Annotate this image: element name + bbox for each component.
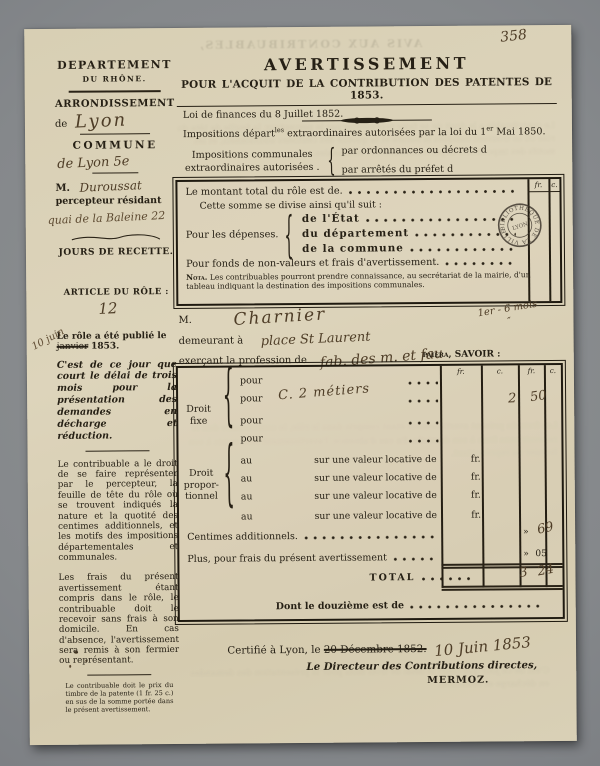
communal-options: par ordonnances ou décrets d par arrêtés… xyxy=(341,145,487,178)
droit-fixe-word1: Droit xyxy=(186,404,211,417)
dot-leader xyxy=(406,378,438,387)
publie-struck-month: janvier xyxy=(57,341,89,351)
douzieme-label: Dont le douzième est de xyxy=(276,600,404,612)
column-line xyxy=(518,365,521,587)
depenses-label: Pour les dépenses. xyxy=(186,229,282,241)
total-row: TOTAL xyxy=(369,572,479,584)
droit-proportionnel-label: Droit propor- tionnel xyxy=(184,468,219,503)
m-label: M. xyxy=(178,315,192,326)
certification-block: Certifié à Lyon, le 20 Décembre 1852. 10… xyxy=(199,637,559,688)
dot-leader xyxy=(391,554,436,563)
centimes-label: Centimes additionnels. xyxy=(187,531,298,543)
fr-suffix: fr. xyxy=(471,510,481,521)
publication-line: 10 juin Le rôle a été publié le janvier … xyxy=(57,330,177,351)
taxpayer-name-handwritten: Charnier xyxy=(233,304,327,330)
depenses-block: Pour les dépenses. { de l'État du départ… xyxy=(186,211,520,256)
publie-year: 1853. xyxy=(91,341,119,351)
fr-suffix: fr. xyxy=(471,490,481,501)
centimes-row: Centimes additionnels. xyxy=(187,530,439,543)
dot-leader xyxy=(347,186,516,196)
communal-impositions-row: Impositions communales extraordinaires a… xyxy=(183,144,559,179)
delai-paragraph: C'est de ce jour que court le délai de t… xyxy=(57,358,178,442)
depense-item: de l'État xyxy=(302,211,520,225)
arr-de: de xyxy=(55,118,67,129)
dot-leader xyxy=(419,574,475,583)
dot-leader xyxy=(406,436,438,445)
article-du-role-value: 12 xyxy=(98,299,118,318)
departement-title: DEPARTEMENT xyxy=(54,58,174,72)
certification-line: Certifié à Lyon, le 20 Décembre 1852. 10… xyxy=(199,637,559,658)
rule xyxy=(87,674,151,676)
stamp-center-text: LYON xyxy=(512,221,529,232)
droit-prop-brace: { xyxy=(223,428,235,514)
left-sidebar: DEPARTEMENT DU RHÔNE. ARRONDISSEMENT de … xyxy=(54,58,179,723)
dot-leader xyxy=(443,258,516,268)
col-header-c: c. xyxy=(545,366,561,375)
pour-row: pour xyxy=(240,393,263,404)
dot-leader xyxy=(302,532,435,542)
law-line-2-part: Impositions départ xyxy=(183,128,275,140)
total-value-c-handwritten: 24 xyxy=(536,562,555,580)
droit-fixe-label: Droit fixe xyxy=(186,404,211,429)
arrondissement-title: ARRONDISSEMENT xyxy=(55,97,175,109)
droit-fixe-word2: fixe xyxy=(186,416,211,429)
droit-prop-word1: Droit xyxy=(184,468,219,480)
au-row: au sur une valeur locative de fr. xyxy=(241,510,481,523)
droit-prop-word3: tionnel xyxy=(184,491,219,503)
rule xyxy=(86,450,150,452)
communal-option-2: par arrêtés du préfet d xyxy=(342,164,488,178)
opening-brace: { xyxy=(327,144,336,180)
depense-item: du département xyxy=(302,226,520,240)
centimes-value-handwritten: 69 xyxy=(536,519,555,537)
summary-box: fr. c. BIBLIOTHÈQUE DE LA VILLE LYON Le … xyxy=(175,177,562,306)
demeurant-label: demeurant à xyxy=(179,335,244,347)
divise-row: Cette somme se divise ainsi qu'il suit : xyxy=(200,198,520,212)
representation-paragraph: Le contribuable a le droit de se faire r… xyxy=(58,459,179,564)
montant-row: Le montant total du rôle est de. xyxy=(185,184,519,198)
fonds-label: Pour fonds de non-valeurs et frais d'ave… xyxy=(186,257,439,270)
communal-label-line2: extraordinaires autorisées . xyxy=(183,162,321,176)
frais-value: 05 xyxy=(535,549,547,559)
pour-row: pour xyxy=(240,433,263,444)
law-line-2-sup: les xyxy=(275,126,284,134)
commune-value-handwritten: de Lyon 5e xyxy=(57,154,130,172)
law-line-2-part: extraordinaires autorisées par la loi du… xyxy=(284,127,486,140)
pour-row: pour xyxy=(240,415,263,426)
frais-label: Plus, pour frais du présent avertissemen… xyxy=(187,552,387,565)
percepteur-title: percepteur résidant xyxy=(56,194,176,206)
publie-text: Le rôle a été publié le xyxy=(57,331,167,342)
column-line xyxy=(481,366,484,588)
au-label: au xyxy=(241,473,253,484)
frais-paragraph: Les frais du présent avertissement étant… xyxy=(58,572,179,666)
ghost-verso-title: AVIS AUX CONTRIBUABLES, xyxy=(192,37,422,52)
au-label: au xyxy=(241,491,253,502)
taxpayer-address-line: demeurant à place St Laurent xyxy=(179,330,559,348)
article-du-role-label: ARTICLE DU RÔLE : xyxy=(56,286,176,297)
locative-label: sur une valeur locative de xyxy=(314,472,437,484)
page-title: AVERTISSEMENT xyxy=(176,53,556,75)
au-row: au sur une valeur locative de fr. xyxy=(241,490,481,503)
au-label: au xyxy=(241,455,253,466)
pour-row: pour xyxy=(240,375,263,386)
law-line-2: Impositions départles extraordinaires au… xyxy=(183,124,559,140)
director-line: Le Directeur des Contributions directes, xyxy=(199,659,559,674)
droit-fixe-brace: { xyxy=(222,353,234,435)
opening-brace: { xyxy=(284,205,294,264)
nota-text: Nota. Les contribuables pourront prendre… xyxy=(178,267,560,291)
dot-leader xyxy=(406,418,438,427)
desk-background: AVIS AUX CONTRIBUABLES, Le contribuable … xyxy=(0,0,600,766)
signature: MERMOZ. xyxy=(199,674,559,688)
nota-label: Nota. xyxy=(186,273,207,282)
au-label: au xyxy=(241,511,253,522)
law-line-2-part: Mai 1850. xyxy=(493,126,545,137)
col-header-fr: fr. xyxy=(441,367,481,376)
col-header-fr: fr. xyxy=(529,180,547,189)
locative-label: sur une valeur locative de xyxy=(314,454,437,466)
nota-body: Les contribuables pourront prendre conna… xyxy=(186,270,531,291)
locative-label: sur une valeur locative de xyxy=(314,490,437,502)
squiggle-divider xyxy=(68,231,164,244)
departement-sub: DU RHÔNE. xyxy=(55,74,175,84)
struck-date: 20 Décembre 1852. xyxy=(324,643,427,656)
percepteur-line: M. Duroussat xyxy=(55,178,175,193)
duty-table: fr. c. fr. c. Droit fixe { pour pour pou… xyxy=(176,363,565,622)
droit-fixe-value-c: 50 xyxy=(529,388,548,405)
timbre-small-print: Le contribuable doit le prix du timbre d… xyxy=(59,681,179,715)
document: AVIS AUX CONTRIBUABLES, Le contribuable … xyxy=(24,25,577,745)
au-row: au sur une valeur locative de fr. xyxy=(241,454,481,467)
arrondissement-value-handwritten: Lyon xyxy=(74,109,127,132)
communal-option-1: par ordonnances ou décrets d xyxy=(341,145,487,159)
douzieme-row: Dont le douzième est de xyxy=(276,599,546,612)
commune-title: COMMUNE xyxy=(55,138,175,151)
droit-fixe-value-fr: 2 xyxy=(508,391,517,406)
au-row: au sur une valeur locative de fr. xyxy=(241,472,481,485)
communal-label-line1: Impositions communales xyxy=(183,149,321,163)
certifie-text: Certifié à Lyon, le xyxy=(227,644,320,657)
percepteur-name-handwritten: Duroussat xyxy=(79,178,142,195)
taxpayer-address-handwritten: place St Laurent xyxy=(260,330,370,350)
communal-label: Impositions communales extraordinaires a… xyxy=(183,149,321,176)
folio-number: 358 xyxy=(499,27,527,46)
dot-leader xyxy=(408,601,542,611)
double-rule xyxy=(442,585,563,587)
page-subtitle: POUR L'ACQUIT DE LA CONTRIBUTION DES PAT… xyxy=(177,76,557,107)
depense-item-label: du département xyxy=(302,227,409,240)
frais-guillemet: » xyxy=(523,549,529,559)
rule xyxy=(69,90,161,92)
m-label: M. xyxy=(55,182,70,193)
jours-de-recette: JOURS DE RECETTE. xyxy=(56,246,176,257)
laws-block: Loi de finances du 8 Juillet 1852. Impos… xyxy=(183,107,560,179)
droit-fixe-entry-handwritten: C. 2 métiers xyxy=(278,381,371,403)
double-rule xyxy=(442,588,563,590)
percepteur-address-handwritten: quai de la Baleine 22 xyxy=(47,209,165,227)
law-line-1: Loi de finances du 8 Juillet 1852. xyxy=(183,107,559,121)
centimes-guillemet: » xyxy=(523,527,529,537)
arrondissement-line: de Lyon xyxy=(55,109,175,131)
dot-leader xyxy=(406,396,438,405)
frais-row: Plus, pour frais du présent avertissemen… xyxy=(187,552,439,565)
droit-prop-word2: propor- xyxy=(184,479,219,491)
montant-label: Le montant total du rôle est de. xyxy=(185,186,342,198)
fr-suffix: fr. xyxy=(471,454,481,465)
depense-item: de la commune xyxy=(302,241,520,255)
col-header-c: c. xyxy=(549,180,559,189)
rule xyxy=(92,172,138,173)
fr-suffix: fr. xyxy=(471,472,481,483)
depense-item-label: de l'État xyxy=(302,213,360,225)
handwritten-date: 10 Juin 1853 xyxy=(433,633,531,660)
rule xyxy=(80,133,150,135)
col-header-c: c. xyxy=(482,366,518,375)
locative-label: sur une valeur locative de xyxy=(315,510,438,522)
paiera-label: paiera, SAVOIR : xyxy=(423,349,501,360)
col-header-fr: fr. xyxy=(519,366,544,375)
total-label: TOTAL xyxy=(369,572,415,583)
depense-item-label: de la commune xyxy=(302,242,404,255)
